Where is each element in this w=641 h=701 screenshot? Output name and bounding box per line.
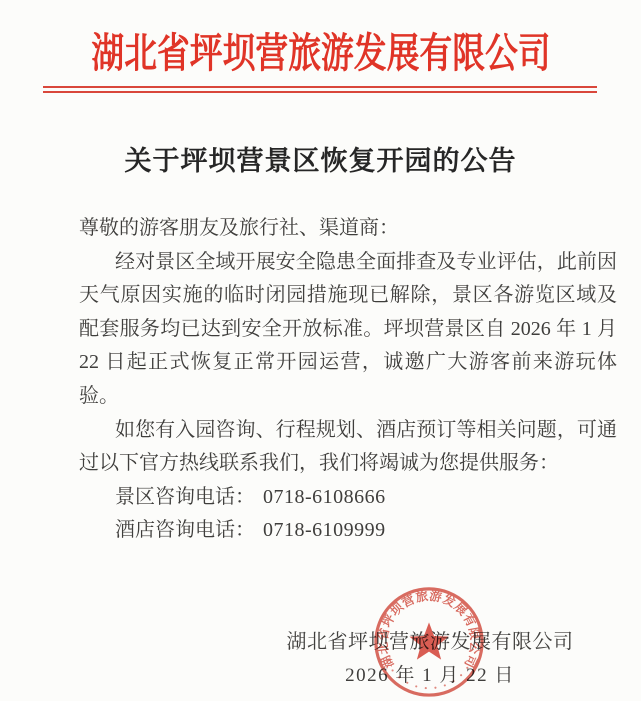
doc-body: 尊敬的游客朋友及旅行社、渠道商： 经对景区全域开展安全隐患全面排查及专业评估，此… [79, 212, 617, 548]
letterhead-company-name-text: 湖北省坪坝营旅游发展有限公司 [91, 30, 550, 76]
contact-hotel: 酒店咨询电话：0718-6109999 [79, 514, 617, 548]
company-seal-stamp: 湖北省坪坝营旅游发展有限公司 [370, 582, 488, 700]
announcement-page: 湖北省坪坝营旅游发展有限公司 关于坪坝营景区恢复开园的公告 尊敬的游客朋友及旅行… [0, 0, 641, 701]
doc-title: 关于坪坝营景区恢复开园的公告 [0, 139, 641, 178]
paragraph-hotline-intro: 如您有入园咨询、行程规划、酒店预订等相关问题，可通过以下官方热线联系我们，我们将… [79, 414, 617, 481]
salutation: 尊敬的游客朋友及旅行社、渠道商： [79, 212, 617, 246]
contact-scenic-area-label: 景区咨询电话： [115, 486, 255, 508]
letterhead-company-name: 湖北省坪坝营旅游发展有限公司 [0, 30, 641, 76]
contact-hotel-label: 酒店咨询电话： [115, 519, 255, 541]
contact-scenic-area: 景区咨询电话：0718-6108666 [79, 481, 617, 515]
contact-hotel-number: 0718-6109999 [263, 519, 386, 541]
letterhead-divider [43, 86, 597, 93]
contact-scenic-area-number: 0718-6108666 [263, 486, 386, 508]
seal-star-icon [409, 622, 448, 659]
paragraph-reopening: 经对景区全域开展安全隐患全面排查及专业评估，此前因天气原因实施的临时闭园措施现已… [79, 246, 617, 414]
